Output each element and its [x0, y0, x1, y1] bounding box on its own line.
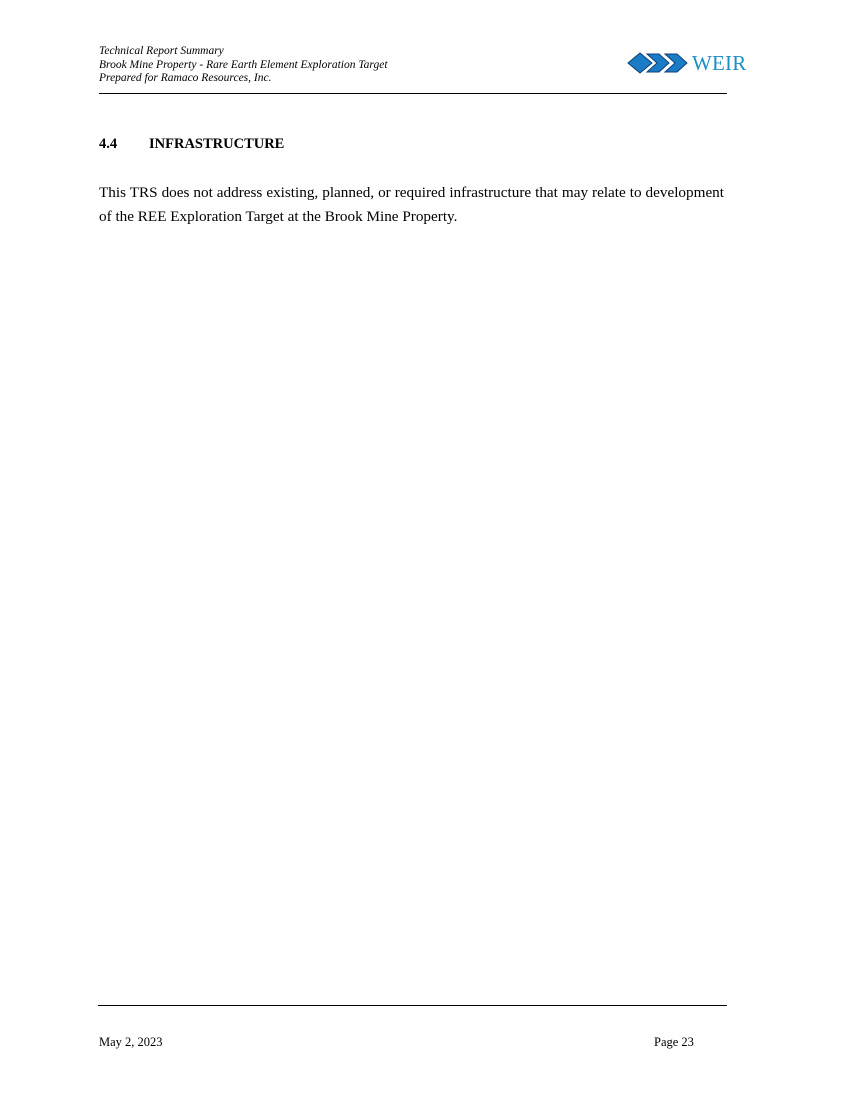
section-body-paragraph: This TRS does not address existing, plan… [99, 181, 724, 229]
section-number: 4.4 [99, 136, 149, 153]
section-heading: 4.4INFRASTRUCTURE [99, 136, 284, 153]
weir-logo: WEIR [627, 51, 746, 75]
header-project-title: Brook Mine Property - Rare Earth Element… [99, 59, 388, 73]
footer-date: May 2, 2023 [99, 1035, 163, 1050]
header-prepared-for: Prepared for Ramaco Resources, Inc. [99, 72, 388, 86]
weir-logo-text: WEIR [692, 51, 746, 75]
footer-page-number: Page 23 [654, 1035, 694, 1050]
footer-divider [98, 1005, 727, 1006]
section-title: INFRASTRUCTURE [149, 136, 284, 152]
page-header: Technical Report Summary Brook Mine Prop… [99, 45, 727, 94]
header-text-block: Technical Report Summary Brook Mine Prop… [99, 45, 388, 86]
weir-diamond-chevrons-logo-icon [627, 51, 691, 75]
header-report-type: Technical Report Summary [99, 45, 388, 59]
